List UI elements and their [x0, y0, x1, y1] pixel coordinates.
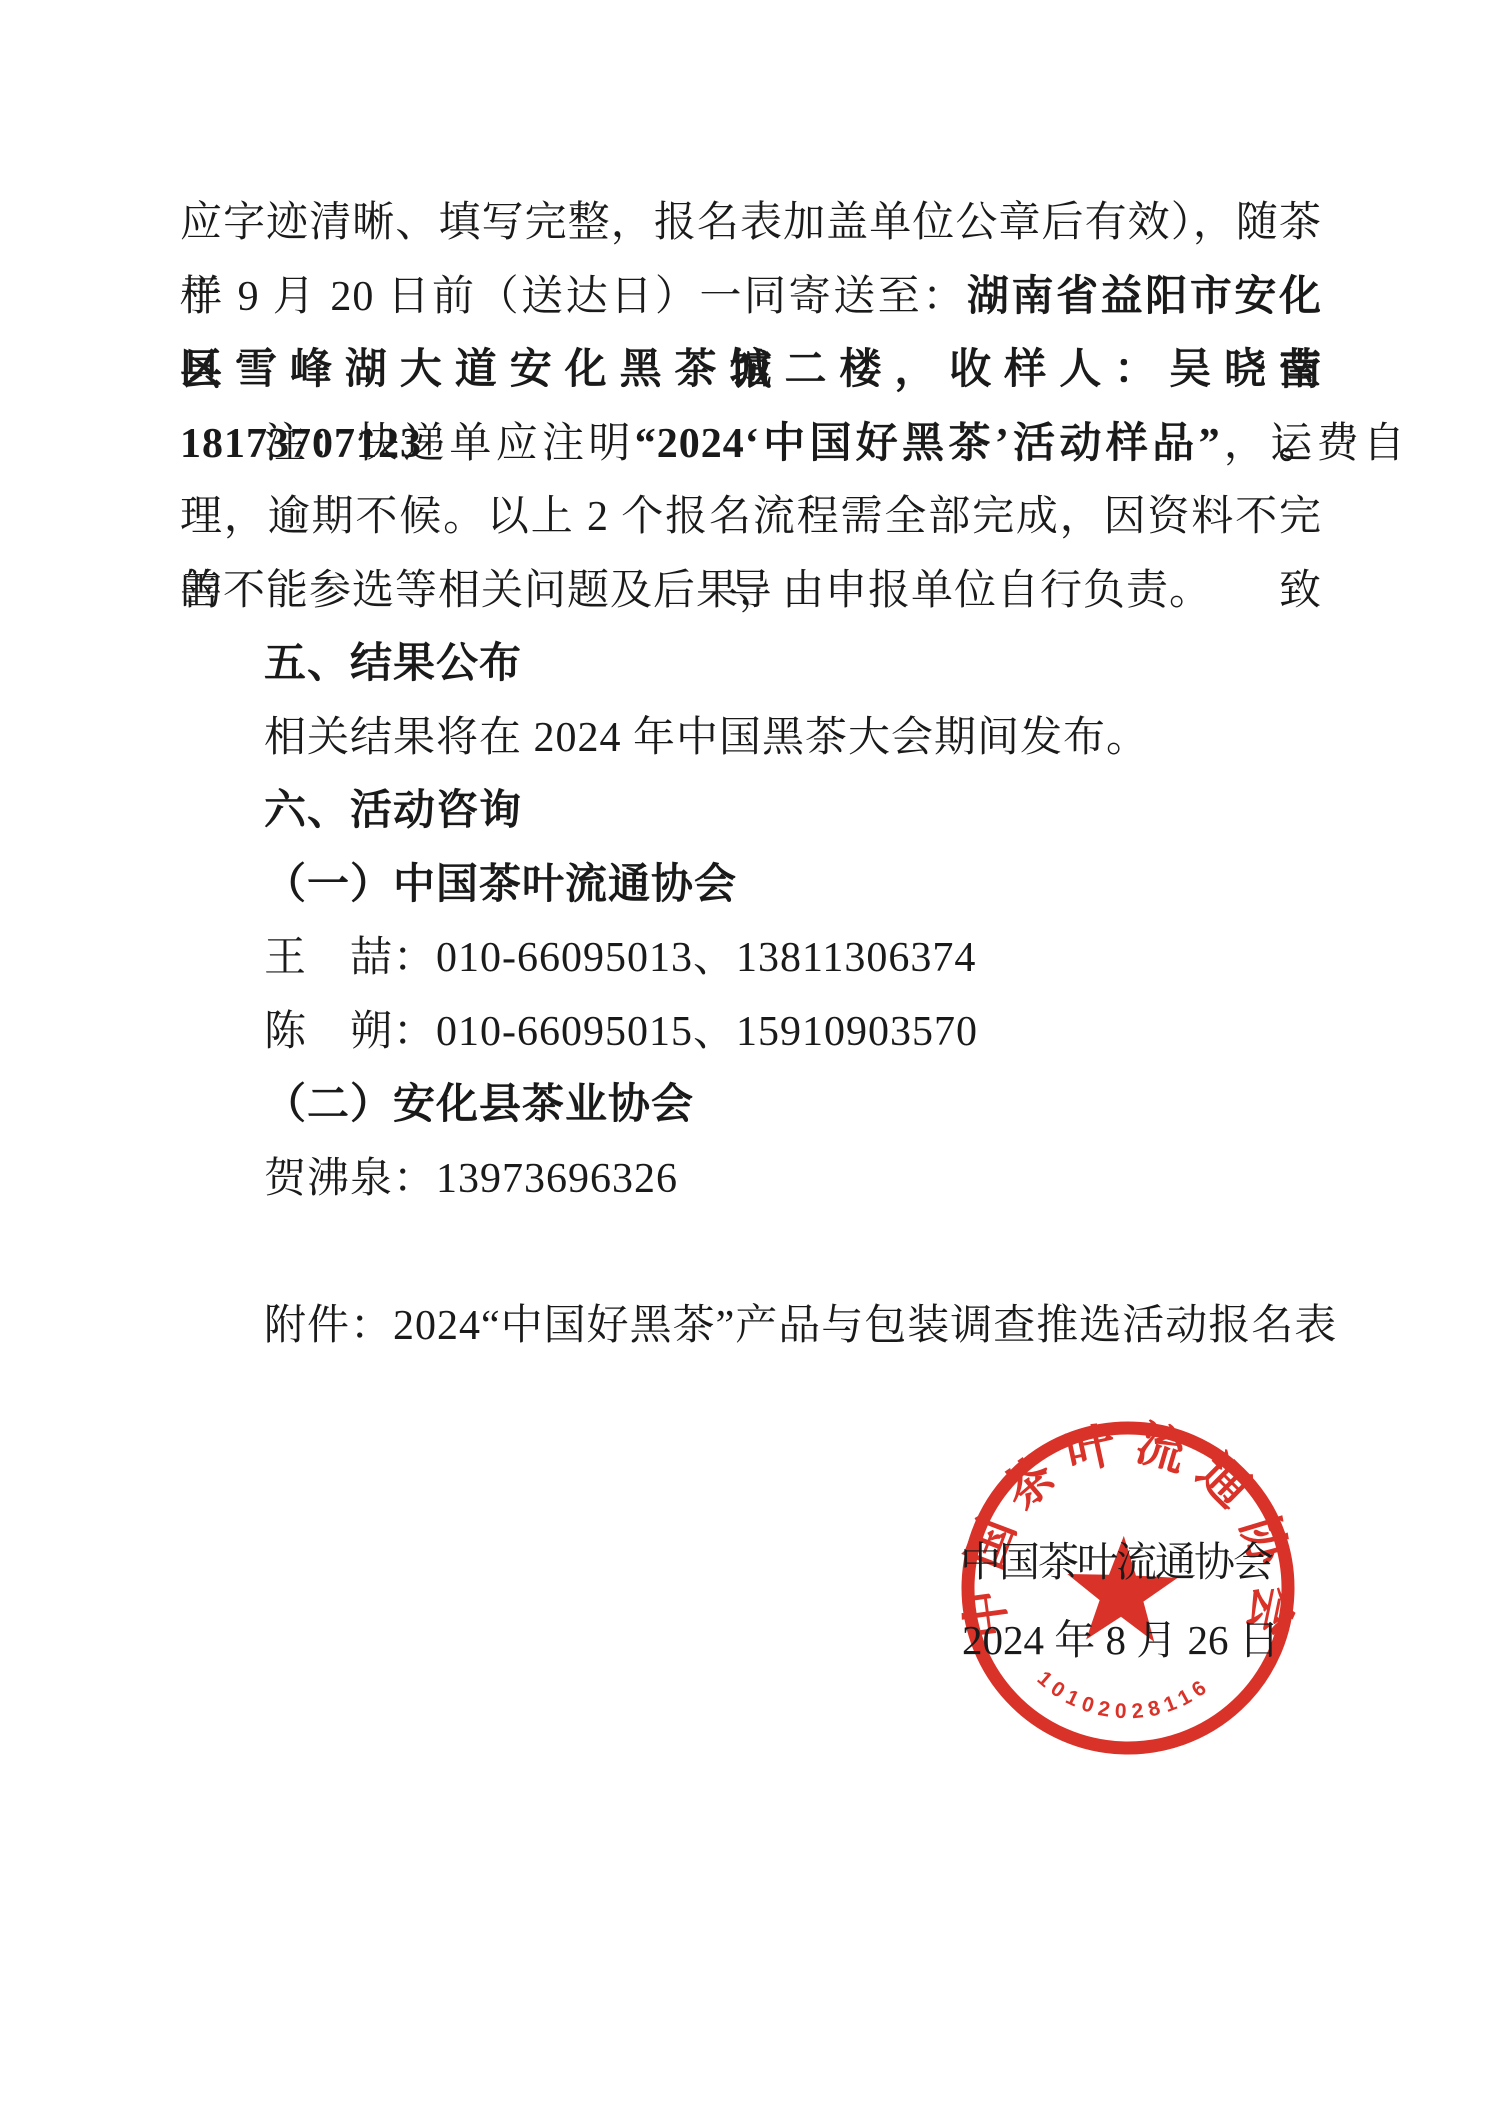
- signature-date: 2024 年 8 月 26 日: [962, 1607, 1280, 1666]
- body-line-6: 的不能参选等相关问题及后果，由申报单位自行负责。: [180, 554, 1322, 628]
- official-seal: 中国茶叶流通协会 1101020281168: [948, 1408, 1308, 1768]
- results-announcement-text: 相关结果将在 2024 年中国黑茶大会期间发布。: [180, 701, 1406, 775]
- body-line-1: 应字迹清晰、填写完整，报名表加盖单位公章后有效），随茶样: [180, 186, 1322, 260]
- document-page: 应字迹清晰、填写完整，报名表加盖单位公章后有效），随茶样 于 9 月 20 日前…: [0, 0, 1500, 2121]
- mailing-address-part2: 区雪峰湖大道安化黑茶馆二楼，收样人：吴晓莹 18173707123。: [180, 333, 1322, 407]
- heading-results-announcement: 五、结果公布: [180, 627, 1406, 701]
- body-line-2-regular: 于 9 月 20 日前（送达日）一同寄送至：: [180, 274, 967, 320]
- note-regular-2: ，运费自: [1221, 421, 1406, 467]
- contact-group1-person2: 陈 朔：010-66095015、15910903570: [180, 995, 1406, 1069]
- note-line: 注：快递单应注明“2024‘中国好黑茶’活动样品”，运费自: [180, 407, 1406, 481]
- body-line-2: 于 9 月 20 日前（送达日）一同寄送至：湖南省益阳市安化县城南: [180, 260, 1322, 334]
- contact-group1-title: （一）中国茶叶流通协会: [180, 848, 1406, 922]
- note-sample-label: “2024‘中国好黑茶’活动样品”: [635, 421, 1221, 467]
- official-seal-graphic: 中国茶叶流通协会 1101020281168: [948, 1408, 1308, 1768]
- signature-organization: 中国茶叶流通协会: [960, 1529, 1272, 1588]
- body-line-5: 理，逾期不候。以上 2 个报名流程需全部完成，因资料不完善导致: [180, 480, 1322, 554]
- contact-group1-person1: 王 喆：010-66095013、13811306374: [180, 921, 1406, 995]
- contact-group2-person1: 贺沸泉：13973696326: [180, 1142, 1406, 1216]
- attachment-line: 附件：2024“中国好黑茶”产品与包装调查推选活动报名表: [180, 1289, 1406, 1363]
- heading-activity-consultation: 六、活动咨询: [180, 774, 1406, 848]
- note-regular-1: 注：快递单应注明: [264, 421, 635, 467]
- contact-group2-title: （二）安化县茶业协会: [180, 1068, 1406, 1142]
